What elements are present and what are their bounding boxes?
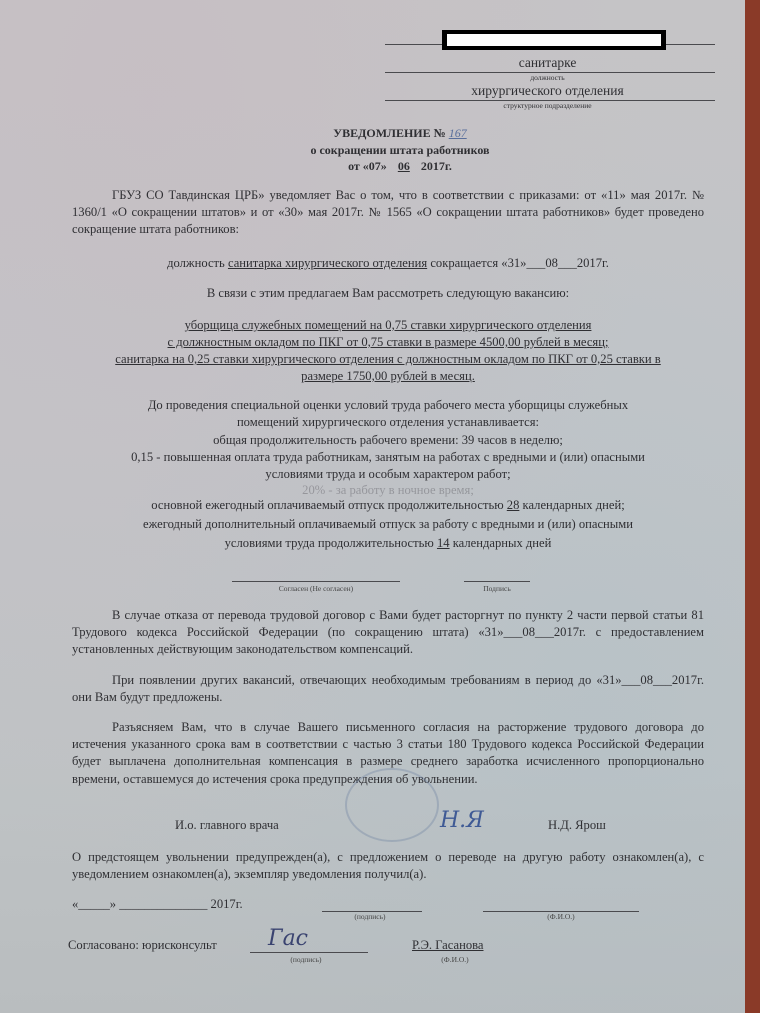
lawyer-name: Р.Э. Гасанова [412, 938, 484, 953]
position-value: санитарке [380, 55, 715, 71]
leave-main-line: основной ежегодный оплачиваемый отпуск п… [72, 497, 704, 514]
employee-date-blank: «_____» ______________ 2017г. [72, 897, 243, 912]
leave-main-prefix: основной ежегодный оплачиваемый отпуск п… [151, 498, 503, 512]
lawyer-signature-line [250, 952, 368, 953]
lawyer-fio-caption: (Ф.И.О.) [412, 955, 498, 964]
addressee-position: санитарке [380, 55, 715, 71]
leave-extra-line-1: ежегодный дополнительный оплачиваемый от… [72, 516, 704, 533]
refusal-paragraph: В случае отказа от перевода трудовой дог… [72, 607, 704, 659]
acknowledgement-paragraph: О предстоящем увольнении предупрежден(а)… [72, 849, 704, 883]
vacancy-line-4: размере 1750,00 рублей в месяц. [72, 368, 704, 385]
consent-caption: Согласен (Не согласен) [232, 584, 400, 593]
addressee-department: хирургического отделения [380, 83, 715, 99]
position-line-prefix: должность [167, 256, 225, 270]
redaction-box [442, 30, 666, 50]
consent-signature-caption: Подпись [464, 584, 530, 593]
conditions-line-4: 0,15 - повышенная оплата труда работника… [72, 449, 704, 466]
chief-name: Н.Д. Ярош [548, 818, 606, 833]
conditions-line-5: условиями труда и особым характером рабо… [72, 466, 704, 483]
other-vacancies-paragraph: При появлении других вакансий, отвечающи… [72, 672, 704, 706]
leave-extra-line-2: условиями труда продолжительностью 14 ка… [72, 535, 704, 552]
offer-line: В связи с этим предлагаем Вам рассмотрет… [72, 285, 704, 302]
leave-main-suffix: календарных дней; [523, 498, 625, 512]
position-reduction-line: должность санитарка хирургического отдел… [72, 255, 704, 272]
approved-label: Согласовано: юрисконсульт [68, 938, 217, 953]
stamp-seal [345, 768, 439, 842]
vacancy-line-1: уборщица служебных помещений на 0,75 ста… [72, 317, 704, 334]
conditions-line-1: До проведения специальной оценки условий… [72, 397, 704, 414]
leave-main-days: 28 [507, 498, 520, 512]
position-caption: должность [380, 73, 715, 82]
leave-extra-days: 14 [437, 536, 450, 550]
leave-extra-prefix: условиями труда продолжительностью [225, 536, 434, 550]
conditions-line-2: помещений хирургического отделения устан… [72, 414, 704, 431]
chief-handwritten-signature: Н.Я [440, 808, 484, 833]
consent-signature-line [464, 581, 530, 582]
notice-subtitle: о сокращении штата работников [200, 143, 600, 158]
leave-extra-suffix: календарных дней [453, 536, 552, 550]
document-page: санитарке должность хирургического отдел… [0, 0, 745, 1013]
employee-signature-caption: (подпись) [340, 912, 400, 921]
lawyer-handwritten-signature: Гас [268, 926, 308, 951]
lawyer-signature-caption: (подпись) [276, 955, 336, 964]
notice-number: 167 [449, 126, 467, 140]
position-line-underlined: санитарка хирургического отделения [228, 256, 427, 270]
department-value: хирургического отделения [380, 83, 715, 99]
notice-title: УВЕДОМЛЕНИЕ № 167 [200, 126, 600, 141]
consent-line [232, 581, 400, 582]
chief-title: И.о. главного врача [175, 818, 279, 833]
date-year: 2017г. [421, 159, 452, 173]
department-caption: структурное подразделение [380, 101, 715, 110]
employee-fio-caption: (Ф.И.О.) [483, 912, 639, 921]
conditions-line-3: общая продолжительность рабочего времени… [72, 432, 704, 449]
position-line-suffix: сокращается «31»___08___2017г. [430, 256, 609, 270]
date-day: от «07» [348, 159, 387, 173]
notice-date: от «07» 06 2017г. [200, 159, 600, 174]
vacancy-line-3: санитарка на 0,25 ставки хирургического … [72, 351, 704, 368]
title-text: УВЕДОМЛЕНИЕ № [333, 126, 445, 140]
vacancy-line-2: с должностным окладом по ПКГ от 0,75 ста… [72, 334, 704, 351]
date-month: 06 [390, 159, 418, 173]
intro-paragraph: ГБУЗ СО Тавдинская ЦРБ» уведомляет Вас о… [72, 187, 704, 239]
